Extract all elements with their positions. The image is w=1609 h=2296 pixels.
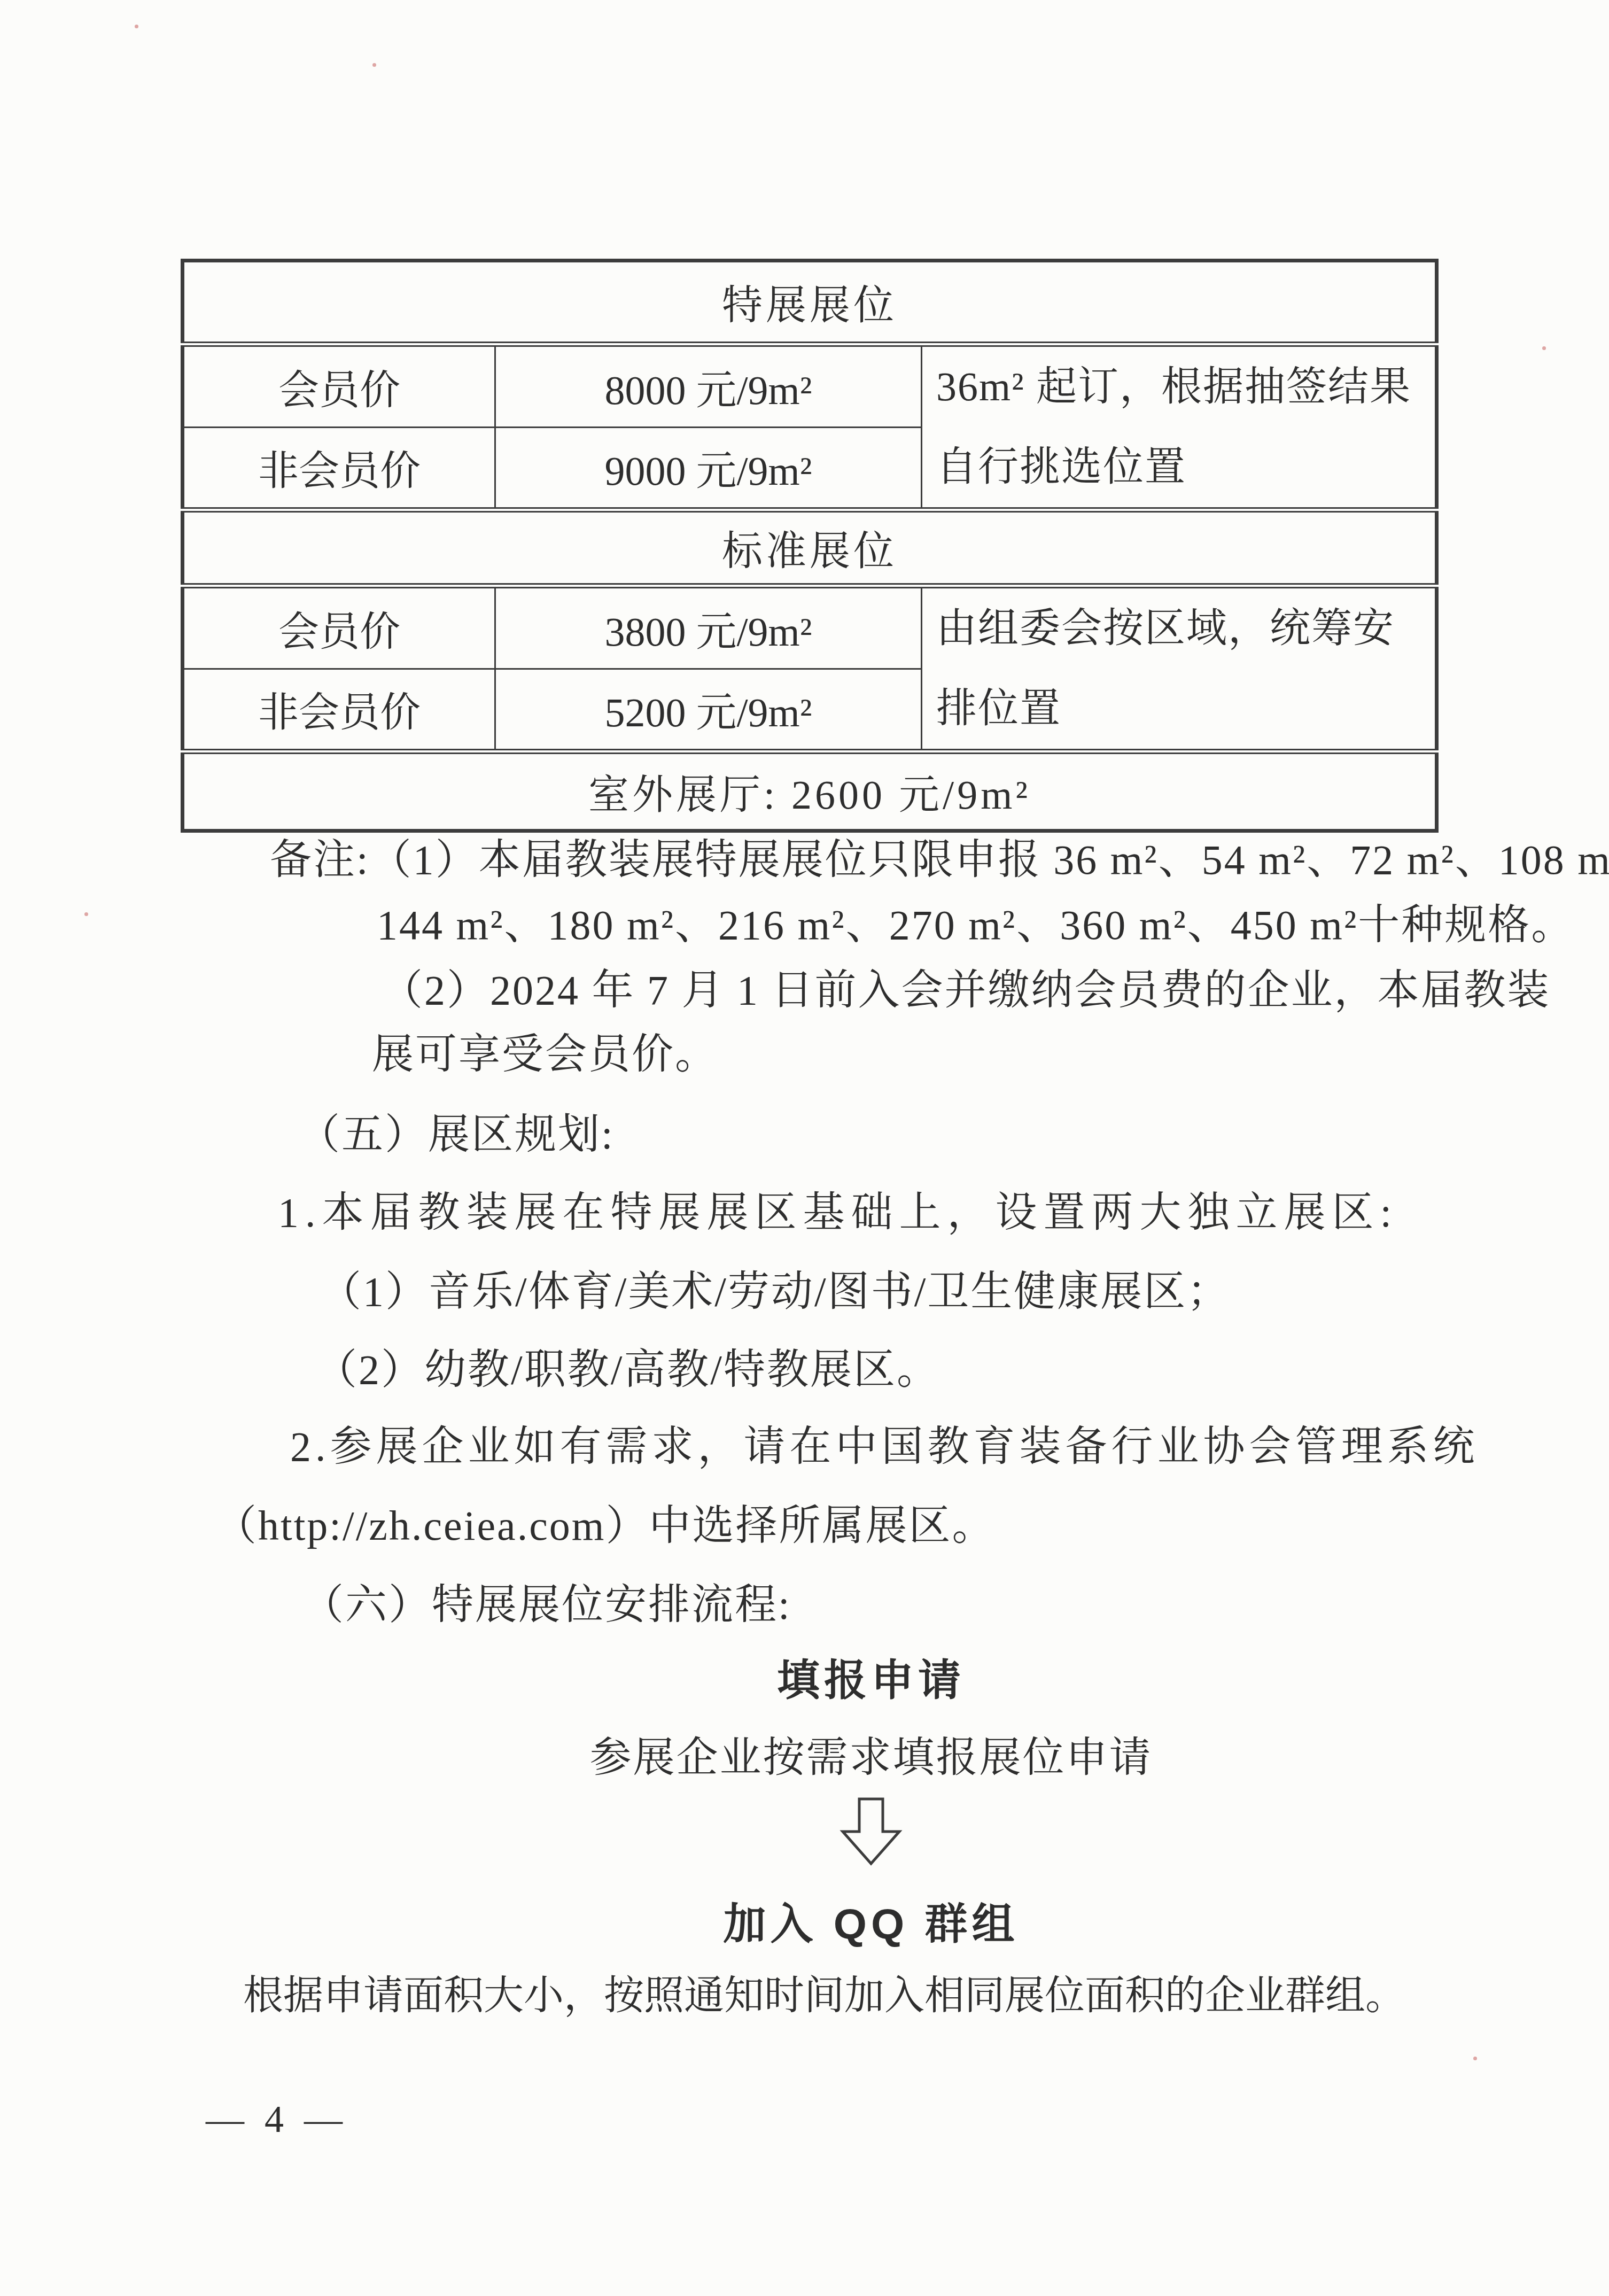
section6-heading: （六）特展展位安排流程: [302,1583,791,1627]
page-number: — 4 — [206,2099,348,2140]
document-page: 特展展位 会员价 8000 元/9m² 36m² 起订，根据抽签结果 自行挑选位… [0,0,1609,2296]
scan-artifact [372,63,376,67]
table-row: 特展展位 [183,261,1437,344]
flow-step2-title: 加入 QQ 群组 [160,1902,1582,1946]
section5-sub2: （2）幼教/职教/高教/特教展区。 [315,1348,940,1392]
special-member-price: 8000 元/9m² [495,344,922,428]
section5-sub1: （1）音乐/体育/美术/劳动/图书/卫生健康展区； [320,1270,1230,1314]
special-note-line2: 自行挑选位置 [936,427,1435,507]
flow-step2-desc: 根据申请面积大小，按照通知时间加入相同展位面积的企业群组。 [243,1975,1405,2018]
table-row: 室外展厅: 2600 元/9m² [183,751,1437,831]
flow-step1-desc: 参展企业按需求填报展位申请 [160,1736,1582,1780]
standard-nonmember-label: 非会员价 [183,669,495,751]
special-member-label: 会员价 [183,344,495,428]
standard-booth-header-cell: 标准展位 [183,510,1437,586]
standard-note-line1: 由组委会按区域，统筹安 [936,588,1435,669]
standard-note-cell: 由组委会按区域，统筹安 排位置 [922,586,1437,751]
table-row: 会员价 8000 元/9m² 36m² 起订，根据抽签结果 自行挑选位置 [183,344,1437,428]
standard-note-line2: 排位置 [936,669,1435,749]
section5-heading: （五）展区规划: [298,1113,615,1157]
notes-line-2: 144 m²、180 m²、216 m²、270 m²、360 m²、450 m… [377,903,1574,947]
notes-line-3: （2）2024 年 7 月 1 日前入会并缴纳会员费的企业，本届教装 [381,968,1551,1012]
notes-line-4: 展可享受会员价。 [372,1033,718,1076]
special-nonmember-label: 非会员价 [183,428,495,510]
standard-nonmember-price: 5200 元/9m² [495,669,922,751]
special-nonmember-price: 9000 元/9m² [495,428,922,510]
scan-artifact [1473,2057,1477,2060]
pricing-table: 特展展位 会员价 8000 元/9m² 36m² 起订，根据抽签结果 自行挑选位… [181,259,1439,833]
special-booth-header-cell: 特展展位 [183,261,1437,344]
scan-artifact [1542,346,1546,350]
table-row: 会员价 3800 元/9m² 由组委会按区域，统筹安 排位置 [183,586,1437,669]
standard-member-label: 会员价 [183,586,495,669]
scan-artifact [135,25,138,28]
flow-arrow-container [160,1797,1582,1868]
section5-item2-line1: 2.参展企业如有需求，请在中国教育装备行业协会管理系统 [290,1425,1479,1469]
notes-line-1: 备注:（1）本届教装展特展展位只限申报 36 m²、54 m²、72 m²、10… [270,838,1609,882]
section5-item2-line2: （http://zh.ceiea.com）中选择所属展区。 [215,1504,995,1548]
standard-member-price: 3800 元/9m² [495,586,922,669]
special-note-cell: 36m² 起订，根据抽签结果 自行挑选位置 [922,344,1437,510]
outdoor-hall-cell: 室外展厅: 2600 元/9m² [183,751,1437,831]
scan-artifact [84,912,88,916]
down-arrow-icon [838,1797,904,1866]
section5-item1: 1.本届教装展在特展展区基础上，设置两大独立展区: [278,1191,1398,1235]
special-note-line1: 36m² 起订，根据抽签结果 [936,347,1435,427]
table-row: 标准展位 [183,510,1437,586]
flow-step1-title: 填报申请 [160,1658,1582,1703]
